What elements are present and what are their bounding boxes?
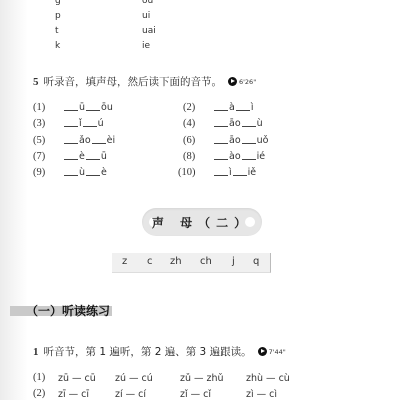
- exercise-item: (4)āoù: [183, 118, 263, 129]
- exercise-instruction: 听音节，第 1 遍听，第 2 遍、第 3 遍跟读。: [44, 346, 252, 358]
- blank-input[interactable]: [86, 110, 100, 111]
- exercise-item: (9)ùè: [33, 167, 107, 178]
- row-index: (2): [33, 388, 45, 399]
- exercise-item: (1)ūōu: [33, 102, 113, 113]
- blank-input[interactable]: [64, 126, 78, 127]
- table-cell: uai: [142, 26, 156, 36]
- audio-duration: 6'26": [239, 78, 256, 86]
- row-index: (1): [33, 372, 45, 383]
- exercise-number: 5: [33, 76, 39, 88]
- initials-box: z c zh ch j q: [112, 253, 271, 273]
- syllable-pair: zú — cú: [115, 373, 153, 384]
- syllable-pair: zí — cí: [115, 389, 146, 400]
- exercise-item: (10)ìiě: [178, 167, 256, 178]
- blank-input[interactable]: [86, 175, 100, 176]
- blank-input[interactable]: [236, 110, 250, 111]
- blank-input[interactable]: [242, 126, 256, 127]
- syllable-pair: zǔ — zhǔ: [180, 373, 224, 384]
- blank-input[interactable]: [242, 159, 256, 160]
- blank-input[interactable]: [92, 143, 106, 144]
- table-cell: k: [55, 41, 60, 51]
- exercise-5-heading: 5听录音，填声母，然后读下面的音节。6'26": [33, 74, 256, 89]
- syllable-pair: zhù — cù: [246, 373, 290, 384]
- blank-input[interactable]: [64, 175, 78, 176]
- table-cell: ou: [142, 0, 153, 6]
- lesson-title: 声 母（二）: [142, 214, 262, 231]
- table-cell: ie: [142, 41, 150, 51]
- lesson-header: 声 母（二）: [142, 208, 262, 236]
- play-icon[interactable]: [258, 347, 267, 356]
- blank-input[interactable]: [214, 159, 228, 160]
- initial-letter: ch: [200, 256, 212, 267]
- exercise-number: 1: [33, 346, 39, 358]
- blank-input[interactable]: [214, 110, 228, 111]
- exercise-instruction: 听录音，填声母，然后读下面的音节。: [44, 76, 223, 88]
- syllable-pair: zū — cū: [58, 373, 96, 384]
- table-cell: t: [55, 26, 59, 36]
- blank-input[interactable]: [83, 126, 97, 127]
- syllable-pair: zì — cì: [246, 389, 277, 400]
- syllable-pair: zī — cī: [58, 389, 89, 400]
- exercise-item: (7)èū: [33, 151, 107, 162]
- initial-letter: q: [253, 256, 259, 267]
- exercise-item: (5)ǎoèi: [33, 135, 115, 146]
- exercise-item: (3)ǐú: [33, 118, 104, 129]
- initial-letter: c: [147, 256, 153, 267]
- blank-input[interactable]: [214, 175, 228, 176]
- section-title: （一）听读练习: [26, 302, 110, 319]
- table-cell: ui: [142, 11, 150, 21]
- exercise-1-heading: 1听音节，第 1 遍听，第 2 遍、第 3 遍跟读。7'44": [33, 344, 286, 359]
- blank-input[interactable]: [64, 159, 78, 160]
- syllable-pair: zǐ — cǐ: [180, 389, 211, 400]
- blank-input[interactable]: [233, 175, 247, 176]
- exercise-item: (8)àoié: [183, 151, 265, 162]
- page-edge-shadow: [0, 0, 28, 400]
- table-cell: p: [55, 11, 61, 21]
- exercise-item: (6)āouǒ: [183, 135, 268, 146]
- initial-letter: j: [232, 256, 235, 267]
- exercise-item: (2)àì: [183, 102, 253, 113]
- play-icon[interactable]: [228, 77, 237, 86]
- blank-input[interactable]: [86, 159, 100, 160]
- blank-input[interactable]: [214, 143, 228, 144]
- blank-input[interactable]: [64, 110, 78, 111]
- audio-duration: 7'44": [269, 348, 286, 356]
- blank-input[interactable]: [242, 143, 256, 144]
- table-cell: g: [55, 0, 61, 6]
- blank-input[interactable]: [64, 143, 78, 144]
- initial-letter: z: [122, 256, 127, 267]
- blank-input[interactable]: [214, 126, 228, 127]
- initial-letter: zh: [170, 256, 182, 267]
